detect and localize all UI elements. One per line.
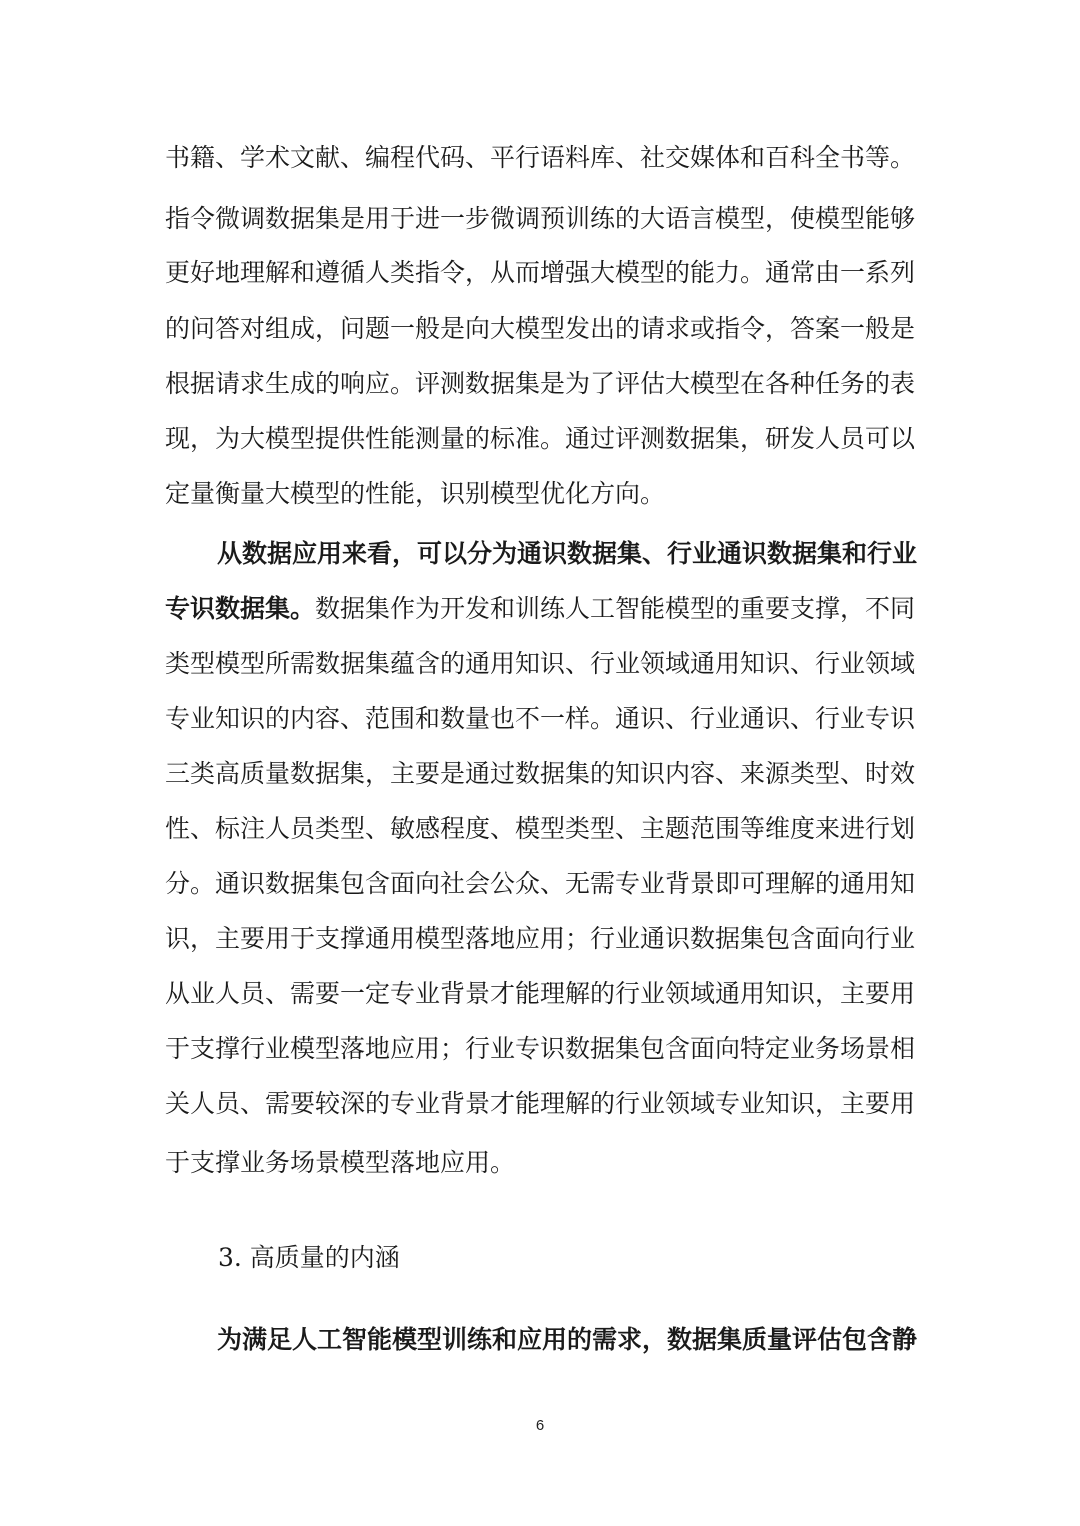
text-line: 于支撑行业模型落地应用；行业专识数据集包含面向特定业务场景相: [165, 1032, 913, 1066]
text-line: 从业人员、需要一定专业背景才能理解的行业领域通用知识，主要用: [165, 977, 913, 1011]
text-line: 三类高质量数据集，主要是通过数据集的知识内容、来源类型、时效: [165, 757, 913, 791]
text-span: 数据集作为开发和训练人工智能模型的重要支撑，不同: [315, 594, 915, 623]
text-line: 关人员、需要较深的专业背景才能理解的行业领域专业知识，主要用: [165, 1087, 913, 1121]
document-page: 书籍、学术文献、编程代码、平行语料库、社交媒体和百科全书等。 指令微调数据集是用…: [0, 0, 1080, 1526]
bold-lead-sentence: 为满足人工智能模型训练和应用的需求，数据集质量评估包含静: [217, 1323, 913, 1357]
text-line: 指令微调数据集是用于进一步微调预训练的大语言模型，使模型能够: [165, 202, 913, 236]
section-heading: 3. 高质量的内涵: [218, 1241, 400, 1275]
text-line: 书籍、学术文献、编程代码、平行语料库、社交媒体和百科全书等。: [165, 141, 913, 175]
bold-lead-sentence: 从数据应用来看，可以分为通识数据集、行业通识数据集和行业: [217, 537, 913, 571]
bold-lead-sentence-end: 专识数据集。: [165, 594, 315, 623]
text-line: 的问答对组成，问题一般是向大模型发出的请求或指令，答案一般是: [165, 312, 913, 346]
text-line: 分。通识数据集包含面向社会公众、无需专业背景即可理解的通用知: [165, 867, 913, 901]
text-line: 专识数据集。数据集作为开发和训练人工智能模型的重要支撑，不同: [165, 592, 913, 626]
text-line: 根据请求生成的响应。评测数据集是为了评估大模型在各种任务的表: [165, 367, 913, 401]
page-number: 6: [0, 1417, 1080, 1434]
text-line: 定量衡量大模型的性能，识别模型优化方向。: [165, 477, 913, 511]
text-line: 现，为大模型提供性能测量的标准。通过评测数据集，研发人员可以: [165, 422, 913, 456]
text-line: 类型模型所需数据集蕴含的通用知识、行业领域通用知识、行业领域: [165, 647, 913, 681]
text-line: 于支撑业务场景模型落地应用。: [165, 1146, 913, 1180]
text-line: 专业知识的内容、范围和数量也不一样。通识、行业通识、行业专识: [165, 702, 913, 736]
text-line: 更好地理解和遵循人类指令，从而增强大模型的能力。通常由一系列: [165, 256, 913, 290]
text-line: 性、标注人员类型、敏感程度、模型类型、主题范围等维度来进行划: [165, 812, 913, 846]
text-line: 识，主要用于支撑通用模型落地应用；行业通识数据集包含面向行业: [165, 922, 913, 956]
